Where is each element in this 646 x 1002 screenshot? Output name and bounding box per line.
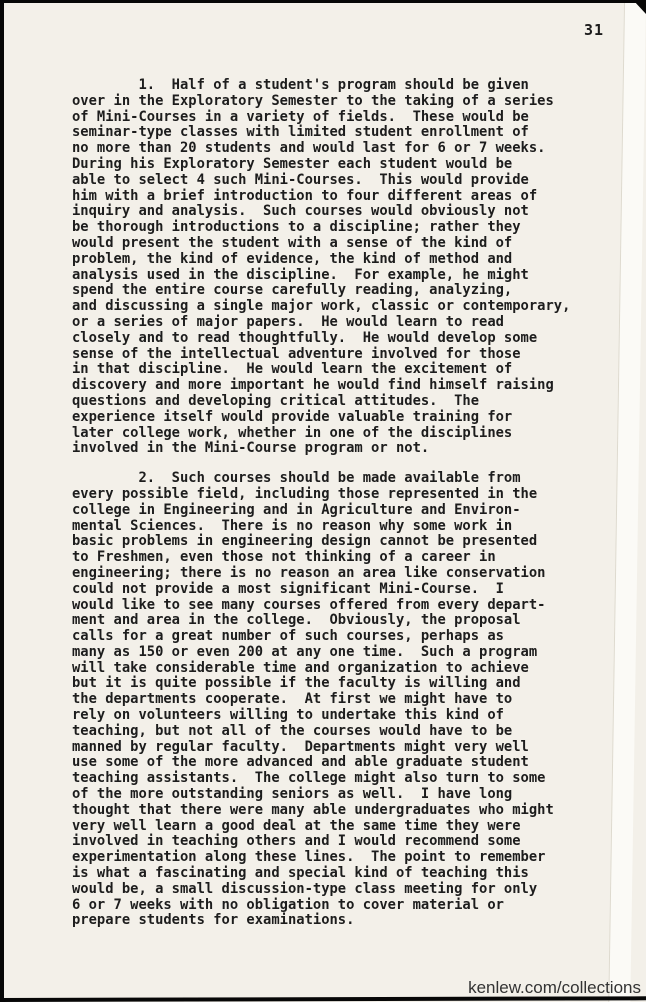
watermark: kenlew.com/collections — [468, 978, 641, 998]
text-line: very well learn a good deal at the same … — [72, 819, 570, 835]
page-number: 31 — [584, 21, 604, 39]
text-line: involved in teaching others and I would … — [72, 834, 570, 850]
paragraph: 2. Such courses should be made available… — [72, 471, 570, 929]
text-line: later college work, whether in one of th… — [72, 426, 570, 442]
text-line: no more than 20 students and would last … — [72, 141, 570, 157]
text-line: questions and developing critical attitu… — [72, 394, 570, 410]
text-line: every possible field, including those re… — [72, 487, 570, 503]
text-line: seminar-type classes with limited studen… — [72, 125, 570, 141]
text-line: experimentation along these lines. The p… — [72, 850, 570, 866]
text-line: discovery and more important he would fi… — [72, 378, 570, 394]
text-line: sense of the intellectual adventure invo… — [72, 347, 570, 363]
text-line: ment and area in the college. Obviously,… — [72, 613, 570, 629]
text-line: rely on volunteers willing to undertake … — [72, 708, 570, 724]
text-line: would present the student with a sense o… — [72, 236, 570, 252]
text-line: analysis used in the discipline. For exa… — [72, 268, 570, 284]
text-line: but it is quite possible if the faculty … — [72, 676, 570, 692]
paragraph: 1. Half of a student's program should be… — [72, 78, 570, 457]
text-line: basic problems in engineering design can… — [72, 534, 570, 550]
text-line: would be, a small discussion-type class … — [72, 882, 570, 898]
text-line: calls for a great number of such courses… — [72, 629, 570, 645]
text-line: During his Exploratory Semester each stu… — [72, 157, 570, 173]
text-line: mental Sciences. There is no reason why … — [72, 519, 570, 535]
text-line: could not provide a most significant Min… — [72, 582, 570, 598]
scan-corner-shadow — [633, 0, 646, 14]
text-line: college in Engineering and in Agricultur… — [72, 503, 570, 519]
text-line: many as 150 or even 200 at any one time.… — [72, 645, 570, 661]
text-line: the departments cooperate. At first we m… — [72, 692, 570, 708]
text-line: closely and to read thoughtfully. He wou… — [72, 331, 570, 347]
text-line: over in the Exploratory Semester to the … — [72, 94, 570, 110]
text-line: of the more outstanding seniors as well.… — [72, 787, 570, 803]
text-line: or a series of major papers. He would le… — [72, 315, 570, 331]
text-line: will take considerable time and organiza… — [72, 661, 570, 677]
scanned-page: 31 1. Half of a student's program should… — [0, 0, 646, 1002]
scan-edge-top — [0, 0, 646, 3]
text-line: experience itself would provide valuable… — [72, 410, 570, 426]
text-line: manned by regular faculty. Departments m… — [72, 740, 570, 756]
text-line: 6 or 7 weeks with no obligation to cover… — [72, 898, 570, 914]
text-line: him with a brief introduction to four di… — [72, 189, 570, 205]
text-line: prepare students for examinations. — [72, 913, 570, 929]
text-line: 2. Such courses should be made available… — [72, 471, 570, 487]
document-body: 1. Half of a student's program should be… — [72, 78, 570, 929]
scan-edge-left — [0, 0, 4, 1002]
text-line: is what a fascinating and special kind o… — [72, 866, 570, 882]
page-edge-right — [608, 3, 646, 1002]
text-line: able to select 4 such Mini-Courses. This… — [72, 173, 570, 189]
text-line: teaching assistants. The college might a… — [72, 771, 570, 787]
text-line: would like to see many courses offered f… — [72, 598, 570, 614]
text-line: 1. Half of a student's program should be… — [72, 78, 570, 94]
text-line: teaching, but not all of the courses wou… — [72, 724, 570, 740]
text-line: problem, the kind of evidence, the kind … — [72, 252, 570, 268]
text-line: of Mini-Courses in a variety of fields. … — [72, 110, 570, 126]
text-line: spend the entire course carefully readin… — [72, 283, 570, 299]
text-line: in that discipline. He would learn the e… — [72, 362, 570, 378]
text-line: use some of the more advanced and able g… — [72, 755, 570, 771]
text-line: involved in the Mini-Course program or n… — [72, 441, 570, 457]
text-line: to Freshmen, even those not thinking of … — [72, 550, 570, 566]
text-line: and discussing a single major work, clas… — [72, 299, 570, 315]
text-line: be thorough introductions to a disciplin… — [72, 220, 570, 236]
text-line: engineering; there is no reason an area … — [72, 566, 570, 582]
text-line: inquiry and analysis. Such courses would… — [72, 204, 570, 220]
text-line: thought that there were many able underg… — [72, 803, 570, 819]
